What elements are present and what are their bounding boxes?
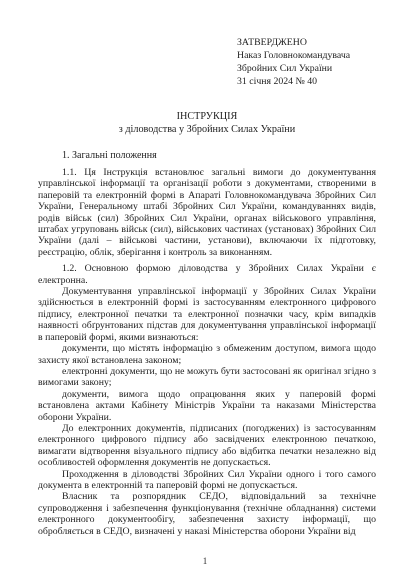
approval-line-date-number: 31 січня 2024 № 40: [237, 75, 376, 88]
paragraph-paper-form-requirement: документи, вимога щодо опрацювання яких …: [38, 389, 376, 423]
document-page: ЗАТВЕРДЖЕНО Наказ Головнокомандувача Збр…: [0, 0, 410, 580]
document-title: ІНСТРУКЦІЯ: [38, 110, 376, 123]
paragraph-signature-reproduction: До електронних документів, підписаних (п…: [38, 423, 376, 469]
paragraph-1-2: 1.2. Основною формою діловодства у Зброй…: [38, 263, 376, 286]
paragraph-sedo-owner: Власник та розпорядник СЕДО, відповідаль…: [38, 491, 376, 537]
approval-line-order: Наказ Головнокомандувача: [237, 49, 376, 62]
paragraph-electronic-originals: електронні документи, що не можуть бути …: [38, 366, 376, 389]
approval-line-organization: Збройних Сил України: [237, 62, 376, 75]
paragraph-1-1: 1.1. Ця Інструкція встановлює загальні в…: [38, 167, 376, 258]
approval-block: ЗАТВЕРДЖЕНО Наказ Головнокомандувача Збр…: [237, 36, 376, 88]
paragraph-dual-form-prohibition: Проходження в діловодстві Збройних Сил У…: [38, 469, 376, 492]
paragraph-documenting: Документування управлінської інформації …: [38, 286, 376, 343]
document-subtitle: з діловодства у Збройних Силах України: [38, 123, 376, 136]
section-heading: 1. Загальні положення: [38, 150, 376, 162]
paragraph-restricted-documents: документи, що містять інформацію з обмеж…: [38, 343, 376, 366]
title-block: ІНСТРУКЦІЯ з діловодства у Збройних Сила…: [38, 110, 376, 136]
approval-line-approved: ЗАТВЕРДЖЕНО: [237, 36, 376, 49]
page-number: 1: [0, 556, 410, 566]
